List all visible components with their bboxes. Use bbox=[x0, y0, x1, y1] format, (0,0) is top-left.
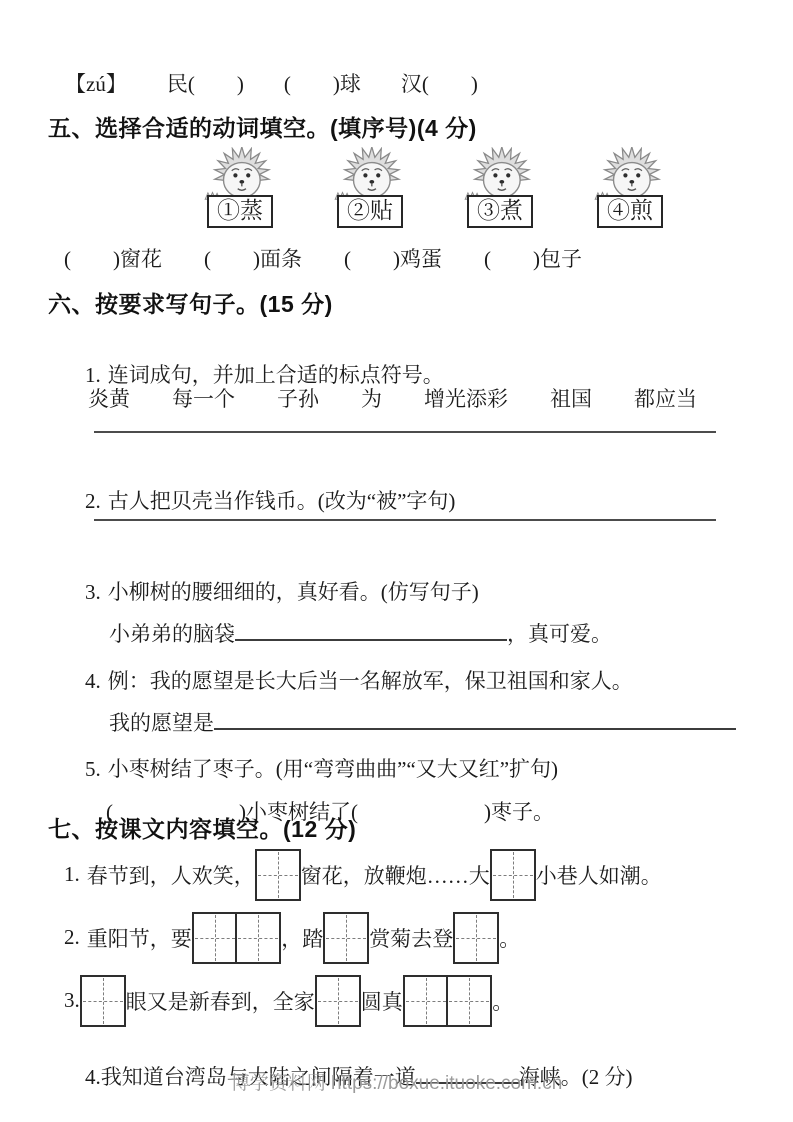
hedgehog-icon bbox=[198, 147, 282, 202]
verb-card: ③煮 bbox=[456, 147, 544, 228]
worksheet-page: 【zú】 民( ) ( )球 汉( ) 五、选择合适的动词填空。(填序号)(4 … bbox=[0, 0, 793, 1122]
verb-sign: ①蒸 bbox=[207, 195, 273, 228]
question-text: 窗花，放鞭炮……大 bbox=[301, 860, 490, 890]
question-text: ，踏 bbox=[281, 923, 323, 953]
question-number: 2. bbox=[85, 489, 101, 514]
hedgehog-icon bbox=[328, 147, 412, 202]
fill-blank[interactable]: ( )窗花 bbox=[64, 243, 162, 273]
verb-card: ②贴 bbox=[326, 147, 414, 228]
verb-sign: ③煮 bbox=[467, 195, 533, 228]
character-box[interactable] bbox=[403, 975, 449, 1027]
character-box[interactable] bbox=[315, 975, 361, 1027]
fill-blank[interactable]: 民( ) bbox=[167, 68, 244, 98]
section5-title: 五、选择合适的动词填空。(填序号)(4 分) bbox=[48, 110, 477, 143]
answer-blank[interactable] bbox=[235, 619, 507, 641]
question-text: 。 bbox=[492, 986, 513, 1016]
question-text: 圆真 bbox=[361, 986, 403, 1016]
fill-blank[interactable]: ( )鸡蛋 bbox=[344, 243, 442, 273]
verb-card: ①蒸 bbox=[196, 147, 284, 228]
answer-line[interactable] bbox=[94, 431, 716, 433]
question-number: 3. bbox=[64, 988, 80, 1013]
question-number: 2. bbox=[64, 925, 80, 950]
verb-sign: ④煎 bbox=[597, 195, 663, 228]
character-box[interactable] bbox=[490, 849, 536, 901]
question-text: 赏菊去登 bbox=[369, 923, 453, 953]
character-box-double[interactable] bbox=[403, 975, 493, 1027]
hedgehog-icon bbox=[458, 147, 542, 202]
question-text: 古人把贝壳当作钱币。(改为“被”字句) bbox=[108, 489, 456, 513]
question-text: 眼又是新春到，全家 bbox=[126, 986, 315, 1016]
hedgehog-icon bbox=[588, 147, 672, 202]
fill-blank[interactable]: )枣子。 bbox=[358, 800, 554, 824]
answer-blank[interactable] bbox=[214, 708, 736, 730]
verb-card-row: ①蒸 ②贴 bbox=[196, 147, 674, 228]
character-box[interactable] bbox=[192, 912, 238, 964]
section6-title: 六、按要求写句子。(15 分) bbox=[48, 286, 333, 319]
fill-blank[interactable]: 汉( ) bbox=[401, 68, 478, 98]
question-text: 。 bbox=[499, 923, 520, 953]
question-row: 3.眼又是新春到，全家圆真。 bbox=[64, 974, 513, 1027]
question-row: 1.春节到，人欢笑，窗花，放鞭炮……大小巷人如潮。 bbox=[64, 848, 662, 901]
question-row: 2.重阳节，要，踏赏菊去登。 bbox=[64, 911, 520, 964]
verb-sign: ②贴 bbox=[337, 195, 403, 228]
character-box[interactable] bbox=[255, 849, 301, 901]
question-number: 1. bbox=[64, 862, 80, 887]
pinyin-label: 【zú】 bbox=[65, 68, 127, 98]
question-text: 春节到，人欢笑， bbox=[87, 860, 255, 890]
prev-question-row: 【zú】 民( ) ( )球 汉( ) bbox=[65, 68, 478, 98]
question-text: 小巷人如潮。 bbox=[536, 860, 662, 890]
question-text: 重阳节，要 bbox=[87, 923, 192, 953]
character-box[interactable] bbox=[323, 912, 369, 964]
question-row: 2.古人把贝壳当作钱币。(改为“被”字句) bbox=[64, 460, 455, 540]
section7-title: 七、按课文内容填空。(12 分) bbox=[48, 811, 356, 844]
character-box[interactable] bbox=[80, 975, 126, 1027]
fill-blank[interactable]: ( )包子 bbox=[484, 243, 582, 273]
character-box-double[interactable] bbox=[192, 912, 282, 964]
verb-card: ④煎 bbox=[586, 147, 674, 228]
character-box[interactable] bbox=[235, 912, 281, 964]
answer-line[interactable] bbox=[94, 519, 716, 521]
verb-answer-row: ( )窗花 ( )面条 ( )鸡蛋 ( )包子 bbox=[64, 243, 582, 273]
footer-credit: 博学资料网 https://boxue.ituoke.com.cn bbox=[0, 1068, 793, 1095]
fill-blank[interactable]: ( )面条 bbox=[204, 243, 302, 273]
fill-blank[interactable]: ( )球 bbox=[284, 68, 361, 98]
character-box[interactable] bbox=[446, 975, 492, 1027]
word-bank: 炎黄 每一个 子孙 为 增光添彩 祖国 都应当 bbox=[88, 383, 697, 413]
character-box[interactable] bbox=[453, 912, 499, 964]
